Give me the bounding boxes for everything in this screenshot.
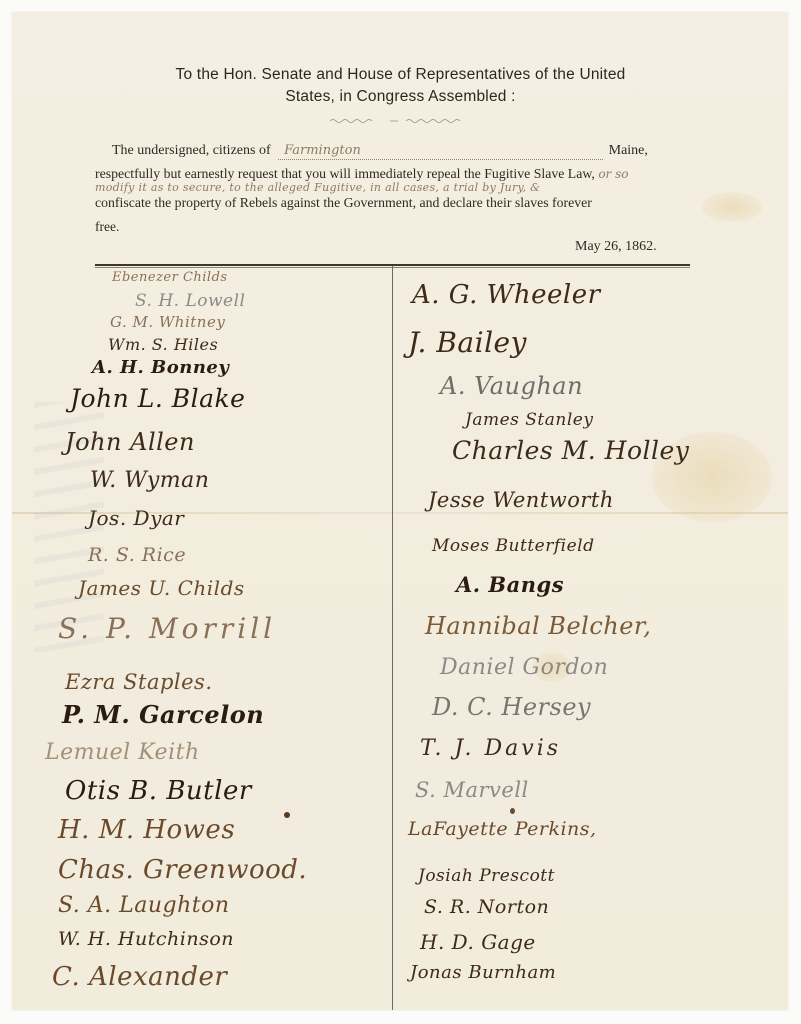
signature: C. Alexander xyxy=(52,962,227,992)
town-field: Farmington xyxy=(278,143,603,160)
signature: Wm. S. Hiles xyxy=(108,335,218,354)
signature: Jonas Burnham xyxy=(410,962,556,983)
signature: Otis B. Butler xyxy=(65,776,252,806)
intro-prefix: The undersigned, citizens of xyxy=(112,143,271,158)
signature: John L. Blake xyxy=(70,384,245,413)
signature: S. Marvell xyxy=(415,778,529,802)
petition-heading-line2: States, in Congress Assembled : xyxy=(0,88,801,106)
signature: T. J. Davis xyxy=(420,736,561,761)
signature: Daniel Gordon xyxy=(440,655,608,680)
signature: James Stanley xyxy=(465,410,593,430)
signature: John Allen xyxy=(65,428,195,456)
signature: S. H. Lowell xyxy=(135,291,246,311)
signature: A. G. Wheeler xyxy=(412,280,601,310)
signature: Charles M. Holley xyxy=(452,436,689,465)
signature: A. H. Bonney xyxy=(92,357,229,378)
signature: Jesse Wentworth xyxy=(428,488,614,512)
signature: W. Wyman xyxy=(90,468,209,493)
signature: James U. Childs xyxy=(78,576,245,600)
request-line: respectfully but earnestly request that … xyxy=(95,166,629,182)
signature: Lemuel Keith xyxy=(45,740,200,765)
signature: Josiah Prescott xyxy=(418,866,555,886)
signature: S. P. Morrill xyxy=(58,612,276,645)
signature: Chas. Greenwood. xyxy=(58,855,307,885)
signature: A. Vaughan xyxy=(440,372,583,400)
signature: Ezra Staples. xyxy=(65,670,213,694)
insert-or-so: or so xyxy=(598,167,628,181)
signature: P. M. Garcelon xyxy=(62,700,264,729)
signature: A. Bangs xyxy=(456,572,564,597)
signature: H. M. Howes xyxy=(58,815,235,845)
signature: Moses Butterfield xyxy=(432,536,594,556)
signature: S. R. Norton xyxy=(424,896,549,918)
petition-heading-line1: To the Hon. Senate and House of Represen… xyxy=(0,66,801,84)
intro-line: The undersigned, citizens of Farmington … xyxy=(112,143,648,160)
state-label: Maine, xyxy=(609,143,648,158)
signature: Jos. Dyar xyxy=(88,506,184,530)
ink-blot xyxy=(510,808,515,814)
petition-date: May 26, 1862. xyxy=(575,239,657,255)
signature: Ebenezer Childs xyxy=(112,270,228,285)
ink-blot xyxy=(284,812,290,818)
signature: D. C. Hersey xyxy=(432,693,591,721)
signature: G. M. Whitney xyxy=(110,313,225,331)
signature: R. S. Rice xyxy=(88,544,186,566)
town-handwritten: Farmington xyxy=(284,143,361,158)
signature: Hannibal Belcher, xyxy=(425,612,651,640)
signature: S. A. Laughton xyxy=(58,893,230,918)
request-text: respectfully but earnestly request that … xyxy=(95,166,595,181)
confiscate-line: confiscate the property of Rebels agains… xyxy=(95,195,592,211)
signature: LaFayette Perkins, xyxy=(408,818,597,840)
handwritten-amendment: modify it as to secure, to the alleged F… xyxy=(95,181,540,194)
decorative-rule-icon xyxy=(330,118,470,124)
water-stain xyxy=(702,192,762,222)
free-line: free. xyxy=(95,219,119,235)
signature: H. D. Gage xyxy=(420,930,536,954)
column-divider xyxy=(392,266,393,1010)
signature: W. H. Hutchinson xyxy=(58,928,234,950)
signature: J. Bailey xyxy=(408,326,527,359)
